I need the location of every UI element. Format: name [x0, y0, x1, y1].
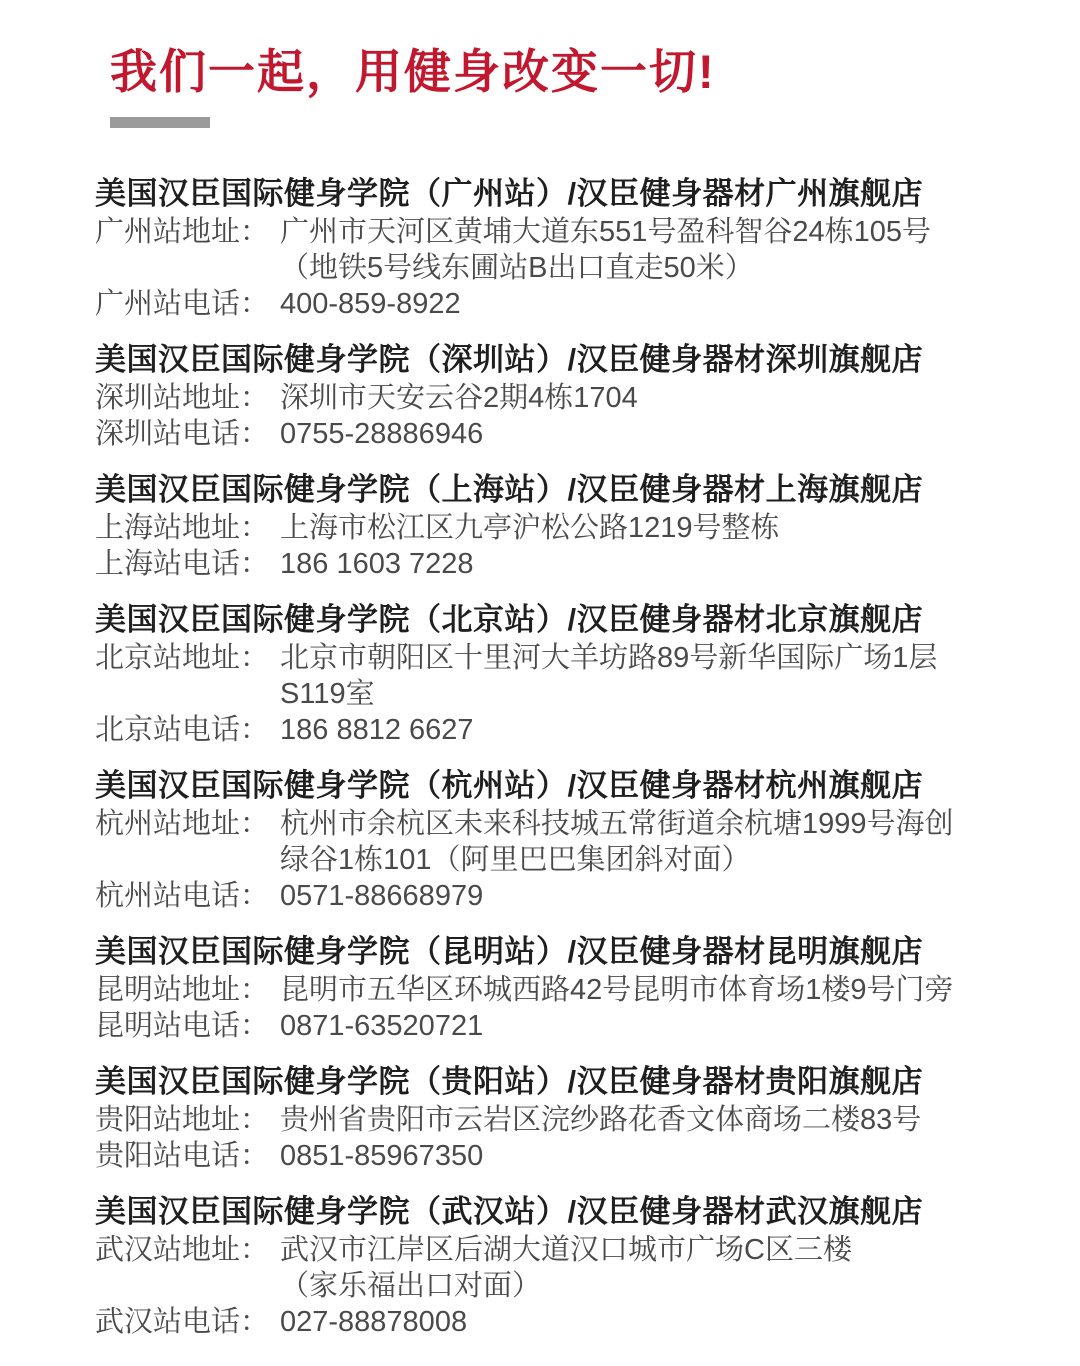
- station-heading: 美国汉臣国际健身学院（广州站）/汉臣健身器材广州旗舰店: [95, 176, 985, 212]
- station-block-guangzhou: 美国汉臣国际健身学院（广州站）/汉臣健身器材广州旗舰店 广州站地址： 广州市天河…: [95, 176, 985, 322]
- station-heading: 美国汉臣国际健身学院（上海站）/汉臣健身器材上海旗舰店: [95, 472, 985, 508]
- address-label: 杭州站地址：: [95, 806, 280, 878]
- address-row: 广州站地址： 广州市天河区黄埔大道东551号盈科智谷24栋105号 （地铁5号线…: [95, 214, 985, 286]
- page-title: 我们一起，用健身改变一切!: [110, 44, 1080, 100]
- address-value: 上海市松江区九亭沪松公路1219号整栋: [280, 510, 985, 546]
- address-line: （家乐福出口对面）: [280, 1268, 985, 1304]
- address-line: （地铁5号线东圃站B出口直走50米）: [280, 250, 985, 286]
- station-heading: 美国汉臣国际健身学院（深圳站）/汉臣健身器材深圳旗舰店: [95, 342, 985, 378]
- station-block-shenzhen: 美国汉臣国际健身学院（深圳站）/汉臣健身器材深圳旗舰店 深圳站地址： 深圳市天安…: [95, 342, 985, 452]
- address-row: 北京站地址： 北京市朝阳区十里河大羊坊路89号新华国际广场1层 S119室: [95, 640, 985, 712]
- address-line: 武汉市江岸区后湖大道汉口城市广场C区三楼: [280, 1232, 985, 1268]
- address-line: 广州市天河区黄埔大道东551号盈科智谷24栋105号: [280, 214, 985, 250]
- address-row: 杭州站地址： 杭州市余杭区未来科技城五常街道余杭塘1999号海创 绿谷1栋101…: [95, 806, 985, 878]
- phone-row: 深圳站电话： 0755-28886946: [95, 416, 985, 452]
- address-line: 上海市松江区九亭沪松公路1219号整栋: [280, 510, 985, 546]
- address-label: 昆明站地址：: [95, 972, 280, 1008]
- phone-label: 杭州站电话：: [95, 878, 280, 914]
- phone-label: 深圳站电话：: [95, 416, 280, 452]
- station-block-guiyang: 美国汉臣国际健身学院（贵阳站）/汉臣健身器材贵阳旗舰店 贵阳站地址： 贵州省贵阳…: [95, 1064, 985, 1174]
- phone-value: 0851-85967350: [280, 1138, 985, 1174]
- phone-value: 0571-88668979: [280, 878, 985, 914]
- phone-row: 北京站电话： 186 8812 6627: [95, 712, 985, 748]
- phone-row: 贵阳站电话： 0851-85967350: [95, 1138, 985, 1174]
- address-value: 广州市天河区黄埔大道东551号盈科智谷24栋105号 （地铁5号线东圃站B出口直…: [280, 214, 985, 286]
- phone-row: 昆明站电话： 0871-63520721: [95, 1008, 985, 1044]
- address-label: 北京站地址：: [95, 640, 280, 712]
- article-page: 我们一起，用健身改变一切! 美国汉臣国际健身学院（广州站）/汉臣健身器材广州旗舰…: [0, 0, 1080, 1366]
- address-line: 贵州省贵阳市云岩区浣纱路花香文体商场二楼83号: [280, 1102, 985, 1138]
- address-label: 上海站地址：: [95, 510, 280, 546]
- phone-label: 贵阳站电话：: [95, 1138, 280, 1174]
- phone-label: 上海站电话：: [95, 546, 280, 582]
- station-heading: 美国汉臣国际健身学院（贵阳站）/汉臣健身器材贵阳旗舰店: [95, 1064, 985, 1100]
- address-line: 绿谷1栋101（阿里巴巴集团斜对面）: [280, 842, 985, 878]
- title-divider-bar: [110, 117, 210, 128]
- address-label: 深圳站地址：: [95, 380, 280, 416]
- phone-row: 上海站电话： 186 1603 7228: [95, 546, 985, 582]
- phone-value: 186 8812 6627: [280, 712, 985, 748]
- address-label: 广州站地址：: [95, 214, 280, 286]
- address-line: 杭州市余杭区未来科技城五常街道余杭塘1999号海创: [280, 806, 985, 842]
- station-block-hangzhou: 美国汉臣国际健身学院（杭州站）/汉臣健身器材杭州旗舰店 杭州站地址： 杭州市余杭…: [95, 768, 985, 914]
- address-label: 武汉站地址：: [95, 1232, 280, 1304]
- station-heading: 美国汉臣国际健身学院（昆明站）/汉臣健身器材昆明旗舰店: [95, 934, 985, 970]
- phone-label: 广州站电话：: [95, 286, 280, 322]
- address-value: 北京市朝阳区十里河大羊坊路89号新华国际广场1层 S119室: [280, 640, 985, 712]
- address-line: S119室: [280, 676, 985, 712]
- phone-value: 027-88878008: [280, 1304, 985, 1340]
- address-line: 昆明市五华区环城西路42号昆明市体育场1楼9号门旁: [280, 972, 985, 1008]
- address-row: 上海站地址： 上海市松江区九亭沪松公路1219号整栋: [95, 510, 985, 546]
- address-value: 昆明市五华区环城西路42号昆明市体育场1楼9号门旁: [280, 972, 985, 1008]
- phone-row: 武汉站电话： 027-88878008: [95, 1304, 985, 1340]
- station-heading: 美国汉臣国际健身学院（北京站）/汉臣健身器材北京旗舰店: [95, 602, 985, 638]
- phone-row: 广州站电话： 400-859-8922: [95, 286, 985, 322]
- station-heading: 美国汉臣国际健身学院（武汉站）/汉臣健身器材武汉旗舰店: [95, 1194, 985, 1230]
- address-row: 武汉站地址： 武汉市江岸区后湖大道汉口城市广场C区三楼 （家乐福出口对面）: [95, 1232, 985, 1304]
- phone-label: 昆明站电话：: [95, 1008, 280, 1044]
- address-value: 杭州市余杭区未来科技城五常街道余杭塘1999号海创 绿谷1栋101（阿里巴巴集团…: [280, 806, 985, 878]
- phone-value: 400-859-8922: [280, 286, 985, 322]
- phone-label: 武汉站电话：: [95, 1304, 280, 1340]
- station-block-shanghai: 美国汉臣国际健身学院（上海站）/汉臣健身器材上海旗舰店 上海站地址： 上海市松江…: [95, 472, 985, 582]
- address-value: 深圳市天安云谷2期4栋1704: [280, 380, 985, 416]
- station-block-beijing: 美国汉臣国际健身学院（北京站）/汉臣健身器材北京旗舰店 北京站地址： 北京市朝阳…: [95, 602, 985, 748]
- phone-value: 186 1603 7228: [280, 546, 985, 582]
- address-line: 深圳市天安云谷2期4栋1704: [280, 380, 985, 416]
- phone-value: 0755-28886946: [280, 416, 985, 452]
- station-block-kunming: 美国汉臣国际健身学院（昆明站）/汉臣健身器材昆明旗舰店 昆明站地址： 昆明市五华…: [95, 934, 985, 1044]
- address-row: 贵阳站地址： 贵州省贵阳市云岩区浣纱路花香文体商场二楼83号: [95, 1102, 985, 1138]
- address-value: 贵州省贵阳市云岩区浣纱路花香文体商场二楼83号: [280, 1102, 985, 1138]
- address-row: 深圳站地址： 深圳市天安云谷2期4栋1704: [95, 380, 985, 416]
- station-heading: 美国汉臣国际健身学院（杭州站）/汉臣健身器材杭州旗舰店: [95, 768, 985, 804]
- address-value: 武汉市江岸区后湖大道汉口城市广场C区三楼 （家乐福出口对面）: [280, 1232, 985, 1304]
- station-block-wuhan: 美国汉臣国际健身学院（武汉站）/汉臣健身器材武汉旗舰店 武汉站地址： 武汉市江岸…: [95, 1194, 985, 1340]
- address-row: 昆明站地址： 昆明市五华区环城西路42号昆明市体育场1楼9号门旁: [95, 972, 985, 1008]
- phone-label: 北京站电话：: [95, 712, 280, 748]
- address-line: 北京市朝阳区十里河大羊坊路89号新华国际广场1层: [280, 640, 985, 676]
- phone-row: 杭州站电话： 0571-88668979: [95, 878, 985, 914]
- phone-value: 0871-63520721: [280, 1008, 985, 1044]
- station-list: 美国汉臣国际健身学院（广州站）/汉臣健身器材广州旗舰店 广州站地址： 广州市天河…: [95, 176, 985, 1340]
- address-label: 贵阳站地址：: [95, 1102, 280, 1138]
